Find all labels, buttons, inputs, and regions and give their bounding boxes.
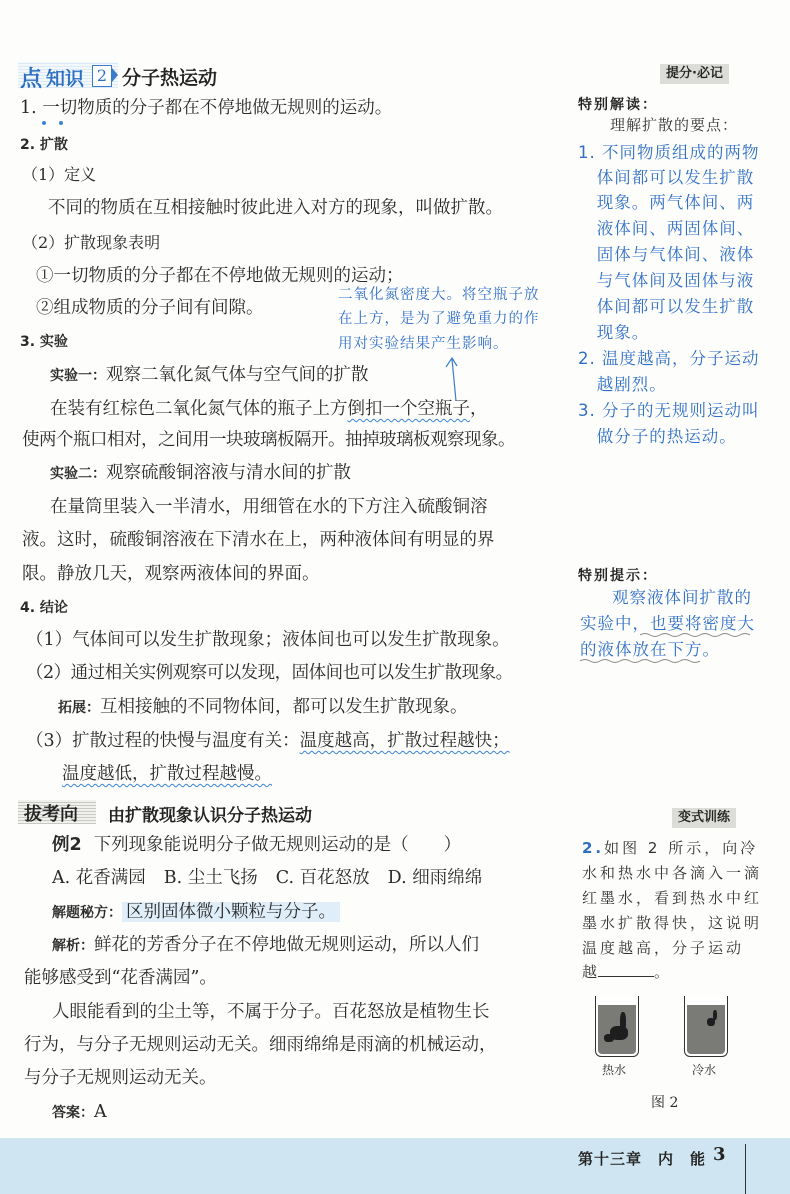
hot-water-beaker [595,996,639,1057]
section-badge-icon: 点 [20,62,42,93]
tip-line: 的液体放在下方。 [580,640,720,660]
analysis-text: 能够感受到“花香满园”。 [24,967,217,989]
answer-value: A [94,1102,107,1122]
conclusion-3: （3）扩散过程的快慢与温度有关： [26,731,300,751]
experiment-2-text-2: 液。这时，硫酸铜溶液在下清水在上，两种液体间有明显的界 [22,529,495,551]
subheading-definition: （1）定义 [22,164,96,186]
practice-text: 如图 2 所示，向冷 [604,839,758,857]
cold-water-label: 冷水 [692,1061,716,1078]
practice-number: 2. [582,839,604,857]
experiment-1-text-b: 使两个瓶口相对，之间用一块玻璃板隔开。抽掉玻璃板观察现象。 [22,429,515,451]
practice-text: 温度越高，分子运动 [582,938,744,958]
interpretation-line: 固体与气体间、液体 [578,245,754,265]
experiment-2-text-1: 在量筒里装入一半清水，用细管在水的下方注入硫酸铜溶 [50,496,488,518]
section-title: 分子热运动 [122,63,217,90]
point-1: 1. 一切物质的分子都在不停地做无规则的运动。 [20,97,392,119]
practice-text: 红墨水，看到热水中红 [582,888,762,908]
wavy-underline-decoration [580,658,700,664]
solution-tip-label: 解题秘方： [52,905,122,921]
cold-water-beaker [684,996,728,1057]
page-number: 3 [713,1144,726,1165]
option-c: C. 百花怒放 [276,868,370,888]
option-d: D. 细雨绵绵 [388,868,483,888]
handnote-line: 二氧化氮密度大。将空瓶子放 [338,286,540,304]
interpretation-line: 体间都可以发生扩散 [578,168,754,188]
heading-experiment: 3. 实验 [20,331,68,353]
experiment-1-title: 观察二氧化氮气体与空气间的扩散 [106,365,369,385]
extension-label: 拓展： [58,700,100,716]
experiment-2-text-3: 限。静放几天，观察两液体间的界面。 [22,563,320,585]
answer-label: 答案： [52,1105,94,1121]
tip-line: 实验中，也要将密度大 [580,614,755,634]
analysis-text: 人眼能看到的尘土等，不属于分子。百花怒放是植物生长 [52,1001,490,1023]
interpretation-subtitle: 理解扩散的要点： [610,115,738,135]
practice-text: 墨水扩散得快，这说明 [582,913,762,933]
emphasis-dot [42,121,46,125]
subheading-indicates: （2）扩散现象表明 [22,232,160,254]
extension-text: 互相接触的不同物体间，都可以发生扩散现象。 [100,697,468,717]
option-b: B. 尘土飞扬 [164,868,258,888]
interpretation-line: 现象。两气体间、两 [578,193,754,213]
special-interpretation-heading: 特别解读： [578,94,658,114]
heading-conclusion: 4. 结论 [20,597,68,619]
chapter-title: 第十三章 内 能 [578,1148,706,1169]
interpretation-line: 1. 不同物质组成的两物 [578,143,760,163]
analysis-label: 解析： [52,938,94,954]
wavy-underline-decoration [640,632,750,638]
indicates-item-2: ②组成物质的分子间有间隙。 [36,297,264,319]
interpretation-line: 越剧烈。 [578,375,667,395]
solution-tip-text: 区别固体微小颗粒与分子。 [122,902,340,922]
exam-section-title: 由扩散现象认识分子热运动 [108,801,312,826]
tag-key-notes: 提分·必记 [660,64,729,84]
interpretation-line: 体间都可以发生扩散 [578,297,754,317]
conclusion-3-continued: 温度越低，扩散过程越慢。 [62,763,272,785]
interpretation-line: 3. 分子的无规则运动叫 [578,401,760,421]
indicates-item-1: ①一切物质的分子都在不停地做无规则的运动； [36,265,404,287]
interpretation-line: 与气体间及固体与液 [578,271,754,291]
special-tip-heading: 特别提示： [578,565,658,585]
conclusion-1: （1）气体间可以发生扩散现象；液体间也可以发生扩散现象。 [26,629,510,651]
interpretation-line: 2. 温度越高，分子运动 [578,349,760,369]
conclusion-3-highlight: 温度越高，扩散过程越快； [300,731,510,751]
interpretation-line: 液体间、两固体间、 [578,219,754,239]
interpretation-line: 做分子的热运动。 [578,427,737,447]
handnote-line: 在上方，是为了避免重力的作 [338,310,540,328]
figure-caption: 图 2 [651,1092,678,1112]
experiment-1-text-a: 在装有红棕色二氧化氮气体的瓶子上方 [50,399,348,419]
tip-line: 观察液体间扩散的 [612,588,752,608]
practice-text: 水和热水中各滴入一滴 [582,863,762,883]
option-a: A. 花香满园 [52,868,146,888]
experiment-2-title: 观察硫酸铜溶液与清水间的扩散 [106,463,351,483]
analysis-text: 鲜花的芳香分子在不停地做无规则运动，所以人们 [94,935,479,955]
example-label: 例2 [52,835,82,855]
heading-diffusion: 2. 扩散 [20,134,68,156]
footer-divider [745,1144,746,1194]
example-question: 下列现象能说明分子做无规则运动的是（ ） [94,835,462,855]
annotation-arrow-icon [440,355,464,405]
experiment-1-label: 实验一： [50,368,106,384]
answer-blank[interactable] [598,962,654,977]
arrow-right-icon [112,68,118,82]
experiment-2-label: 实验二： [50,466,106,482]
interpretation-line: 现象。 [578,323,649,343]
analysis-text: 行为，与分子无规则运动无关。细雨绵绵是雨滴的机械运动， [24,1034,497,1056]
hot-water-label: 热水 [602,1061,626,1078]
section-badge-label: 知识 [46,64,84,91]
exam-badge: 拔考向 [24,800,78,826]
definition-text: 不同的物质在互相接触时彼此进入对方的现象，叫做扩散。 [48,197,503,219]
section-badge-number: 2 [92,65,112,87]
analysis-text: 与分子无规则运动无关。 [24,1067,217,1089]
conclusion-2: （2）通过相关实例观察可以发现，固体间也可以发生扩散现象。 [26,662,513,684]
tag-variant-practice: 变式训练 [672,808,736,828]
handnote-line: 用对实验结果产生影响。 [338,335,509,353]
emphasis-dot [59,121,63,125]
